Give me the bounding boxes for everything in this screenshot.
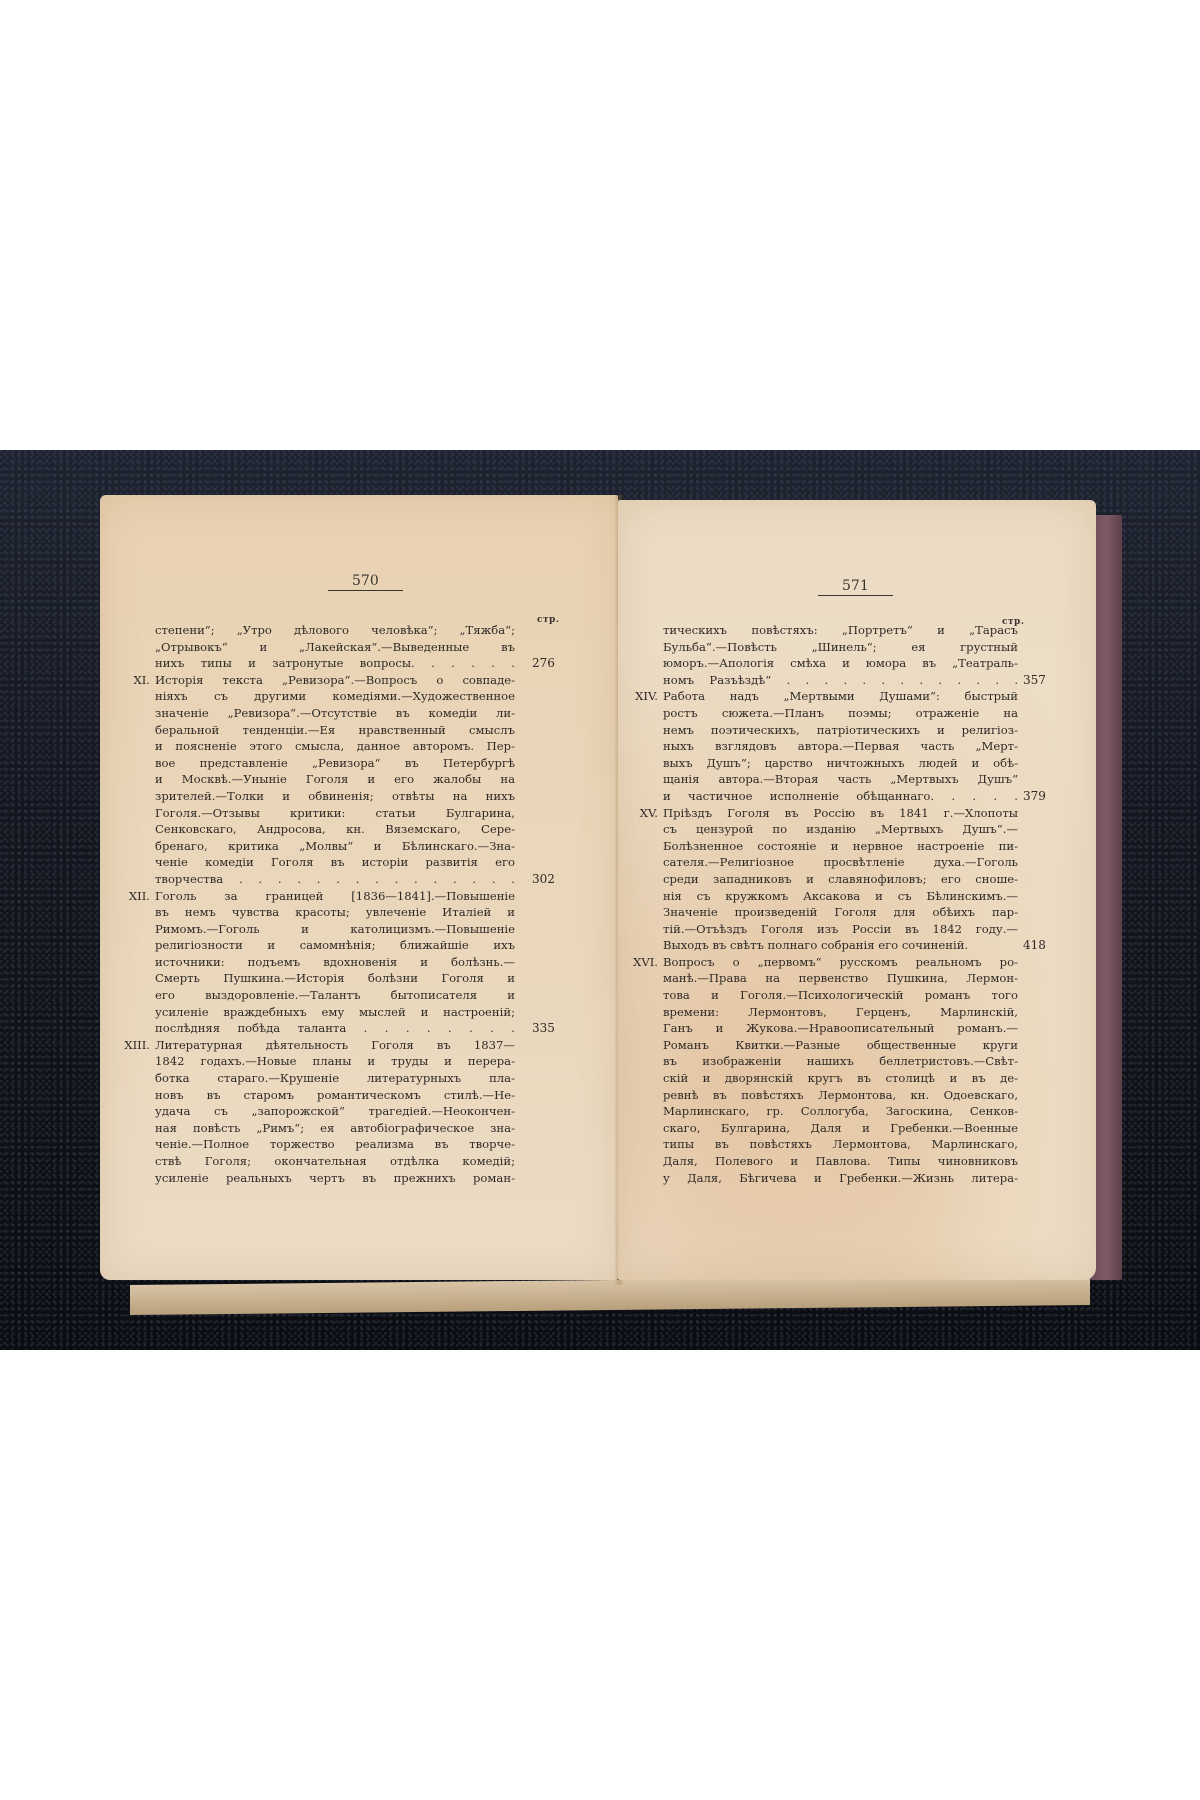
chapter-numeral: XVI.	[608, 954, 658, 971]
summary-line: Марлинскаго, гр. Соллогуба, Загоскина, С…	[663, 1103, 1018, 1120]
summary-line: степени“; „Утро дѣлового человѣка“; „Тяж…	[155, 622, 515, 639]
chapter-numeral: XV.	[608, 805, 658, 822]
page-number-571: 571	[818, 578, 893, 596]
summary-line: среди западниковъ и славянофиловъ; его с…	[663, 871, 1018, 888]
summary-line: Работа надъ „Мертвыми Душами“: быстрый	[663, 688, 1018, 705]
summary-line: Гоголь за границей [1836—1841].—Повышені…	[155, 888, 515, 905]
toc-list-left: степени“; „Утро дѣлового человѣка“; „Тяж…	[100, 622, 570, 1186]
summary-line: Гоголя.—Отзывы критики: статьи Булгарина…	[155, 805, 515, 822]
summary-line: сателя.—Религіозное просвѣтленіе духа.—Г…	[663, 854, 1018, 871]
summary-line: Исторія текста „Ревизора“.—Вопросъ о сов…	[155, 672, 515, 689]
right-page: 571 стр. тическихъ повѣстяхъ: „Портретъ“…	[618, 500, 1096, 1280]
chapter-numeral: XIV.	[608, 688, 658, 705]
summary-line: Пріѣздъ Гоголя въ Россію въ 1841 г.—Хлоп…	[663, 805, 1018, 822]
toc-entry: XI.Исторія текста „Ревизора“.—Вопросъ о …	[100, 672, 570, 888]
summary-line: Значеніе произведеній Гоголя для обѣихъ …	[663, 904, 1018, 921]
toc-entry: XIII.Литературная дѣятельность Гоголя въ…	[100, 1037, 570, 1186]
summary-line: религіозности и самомнѣнія; ближайшіе их…	[155, 937, 515, 954]
summary-line: времени: Лермонтовъ, Герценъ, Марлинскій…	[663, 1004, 1018, 1021]
summary-line: Литературная дѣятельность Гоголя въ 1837…	[155, 1037, 515, 1054]
summary-line: нихъ типы и затронутые вопросы. . . . . …	[155, 655, 515, 672]
summary-line: тическихъ повѣстяхъ: „Портретъ“ и „Тарас…	[663, 622, 1018, 639]
summary-line: усиленіе враждебныхъ ему мыслей и настро…	[155, 1004, 515, 1021]
chapter-summary: Пріѣздъ Гоголя въ Россію въ 1841 г.—Хлоп…	[663, 805, 1018, 954]
toc-page-number: 357	[1023, 672, 1046, 689]
summary-line: номъ Разъѣздѣ“ . . . . . . . . . . . . .	[663, 672, 1018, 689]
summary-line: бренаго, критика „Молвы“ и Бѣлинскаго.—З…	[155, 838, 515, 855]
chapter-numeral: XIII.	[100, 1037, 150, 1054]
summary-line: новъ въ старомъ романтическомъ стилѣ.—Не…	[155, 1087, 515, 1104]
summary-line: тій.—Отъѣздъ Гоголя изъ Россіи въ 1842 г…	[663, 921, 1018, 938]
summary-line: Сенковскаго, Андросова, кн. Вяземскаго, …	[155, 821, 515, 838]
summary-line: 1842 годахъ.—Новые планы и труды и перер…	[155, 1053, 515, 1070]
summary-line: Бульба“.—Повѣсть „Шинель“; ея грустный	[663, 639, 1018, 656]
summary-line: ревнѣ въ повѣстяхъ Лермонтова, кн. Одоев…	[663, 1087, 1018, 1104]
toc-page-number: 335	[532, 1020, 555, 1037]
summary-line: беральной тенденціи.—Ея нравственный смы…	[155, 722, 515, 739]
summary-line: това и Гоголя.—Психологическій романъ то…	[663, 987, 1018, 1004]
page-number-570: 570	[328, 573, 403, 591]
summary-line: удача съ „запорожской“ трагедіей.—Неокон…	[155, 1103, 515, 1120]
summary-line: ніяхъ съ другими комедіями.—Художественн…	[155, 688, 515, 705]
toc-entry: степени“; „Утро дѣлового человѣка“; „Тяж…	[100, 622, 570, 672]
chapter-summary: Работа надъ „Мертвыми Душами“: быстрыйро…	[663, 688, 1018, 804]
summary-line: и частичное исполненіе обѣщаннаго. . . .…	[663, 788, 1018, 805]
summary-line: скій и дворянскій кругъ въ столицѣ и въ …	[663, 1070, 1018, 1087]
summary-line: Вопросъ о „первомъ“ русскомъ реальномъ р…	[663, 954, 1018, 971]
summary-line: юморъ.—Апологія смѣха и юмора въ „Театра…	[663, 655, 1018, 672]
summary-line: и Москвѣ.—Уныніе Гоголя и его жалобы на	[155, 771, 515, 788]
summary-line: значеніе „Ревизора“.—Отсутствіе въ комед…	[155, 705, 515, 722]
summary-line: Выходъ въ свѣтъ полнаго собранія его соч…	[663, 937, 1018, 954]
summary-line: усиленіе реальныхъ чертъ въ прежнихъ ром…	[155, 1170, 515, 1187]
summary-line: Смерть Пушкина.—Исторія болѣзни Гоголя и	[155, 970, 515, 987]
summary-line: творчества . . . . . . . . . . . . . . .	[155, 871, 515, 888]
summary-line: вое представленіе „Ревизора“ въ Петербур…	[155, 755, 515, 772]
summary-line: Романъ Квитки.—Разные общественные круги	[663, 1037, 1018, 1054]
summary-line: ростъ сюжета.—Планъ поэмы; отраженіе на	[663, 705, 1018, 722]
summary-line: источники: подъемъ вдохновенія и болѣзнь…	[155, 954, 515, 971]
summary-line: и поясненіе этого смысла, данное автором…	[155, 738, 515, 755]
toc-entry: XII.Гоголь за границей [1836—1841].—Повы…	[100, 888, 570, 1037]
summary-line: ченіе.—Полное торжество реализма въ твор…	[155, 1136, 515, 1153]
chapter-summary: Вопросъ о „первомъ“ русскомъ реальномъ р…	[663, 954, 1018, 1186]
chapter-summary: Исторія текста „Ревизора“.—Вопросъ о сов…	[155, 672, 515, 888]
summary-line: ботка стараго.—Крушеніе литературныхъ пл…	[155, 1070, 515, 1087]
summary-line: съ цензурой по изданію „Мертвыхъ Душъ“.—	[663, 821, 1018, 838]
summary-line: ствѣ Гоголя; окончательная отдѣлка комед…	[155, 1153, 515, 1170]
summary-line: Римомъ.—Гоголь и католицизмъ.—Повышеніе	[155, 921, 515, 938]
summary-line: у Даля, Бѣгичева и Гребенки.—Жизнь литер…	[663, 1170, 1018, 1187]
summary-line: его выздоровленіе.—Талантъ бытописателя …	[155, 987, 515, 1004]
toc-entry: XV.Пріѣздъ Гоголя въ Россію въ 1841 г.—Х…	[618, 805, 1058, 954]
summary-line: Ганъ и Жукова.—Нравоописательный романъ.…	[663, 1020, 1018, 1037]
summary-line: послѣдняя побѣда таланта . . . . . . . .	[155, 1020, 515, 1037]
summary-line: скаго, Булгарина, Даля и Гребенки.—Военн…	[663, 1120, 1018, 1137]
chapter-summary: степени“; „Утро дѣлового человѣка“; „Тяж…	[155, 622, 515, 672]
summary-line: ченіе комедіи Гоголя въ исторіи развитія…	[155, 854, 515, 871]
summary-line: въ изображеніи нашихъ беллетристовъ.—Свѣ…	[663, 1053, 1018, 1070]
summary-line: Даля, Полевого и Павлова. Типы чиновнико…	[663, 1153, 1018, 1170]
summary-line: нія съ кружкомъ Аксакова и съ Бѣлинскимъ…	[663, 888, 1018, 905]
toc-page-number: 379	[1023, 788, 1046, 805]
summary-line: въ немъ чувства красоты; увлеченіе Италі…	[155, 904, 515, 921]
summary-line: щанія автора.—Вторая часть „Мертвыхъ Душ…	[663, 771, 1018, 788]
toc-page-number: 276	[532, 655, 555, 672]
summary-line: манѣ.—Права на первенство Пушкина, Лермо…	[663, 970, 1018, 987]
chapter-numeral: XII.	[100, 888, 150, 905]
chapter-summary: Литературная дѣятельность Гоголя въ 1837…	[155, 1037, 515, 1186]
summary-line: выхъ Душъ“; царство ничтожныхъ людей и о…	[663, 755, 1018, 772]
toc-page-number: 418	[1023, 937, 1046, 954]
summary-line: немъ поэтическихъ, патріотическихъ и рел…	[663, 722, 1018, 739]
toc-entry: тическихъ повѣстяхъ: „Портретъ“ и „Тарас…	[618, 622, 1058, 688]
toc-list-right: тическихъ повѣстяхъ: „Портретъ“ и „Тарас…	[618, 622, 1058, 1186]
summary-line: ная повѣсть „Римъ“; ея автобіографическо…	[155, 1120, 515, 1137]
summary-line: ныхъ взглядовъ автора.—Первая часть „Мер…	[663, 738, 1018, 755]
toc-entry: XIV.Работа надъ „Мертвыми Душами“: быстр…	[618, 688, 1058, 804]
chapter-summary: Гоголь за границей [1836—1841].—Повышені…	[155, 888, 515, 1037]
toc-page-number: 302	[532, 871, 555, 888]
chapter-summary: тическихъ повѣстяхъ: „Портретъ“ и „Тарас…	[663, 622, 1018, 688]
toc-entry: XVI.Вопросъ о „первомъ“ русскомъ реально…	[618, 954, 1058, 1186]
chapter-numeral: XI.	[100, 672, 150, 689]
summary-line: „Отрывокъ“ и „Лакейская“.—Выведенные въ	[155, 639, 515, 656]
left-page: 570 стр. степени“; „Утро дѣлового человѣ…	[100, 495, 618, 1280]
summary-line: зрителей.—Толки и обвиненія; отвѣты на н…	[155, 788, 515, 805]
summary-line: Болѣзненное состояніе и нервное настроен…	[663, 838, 1018, 855]
summary-line: типы въ повѣстяхъ Лермонтова, Марлинскаг…	[663, 1136, 1018, 1153]
